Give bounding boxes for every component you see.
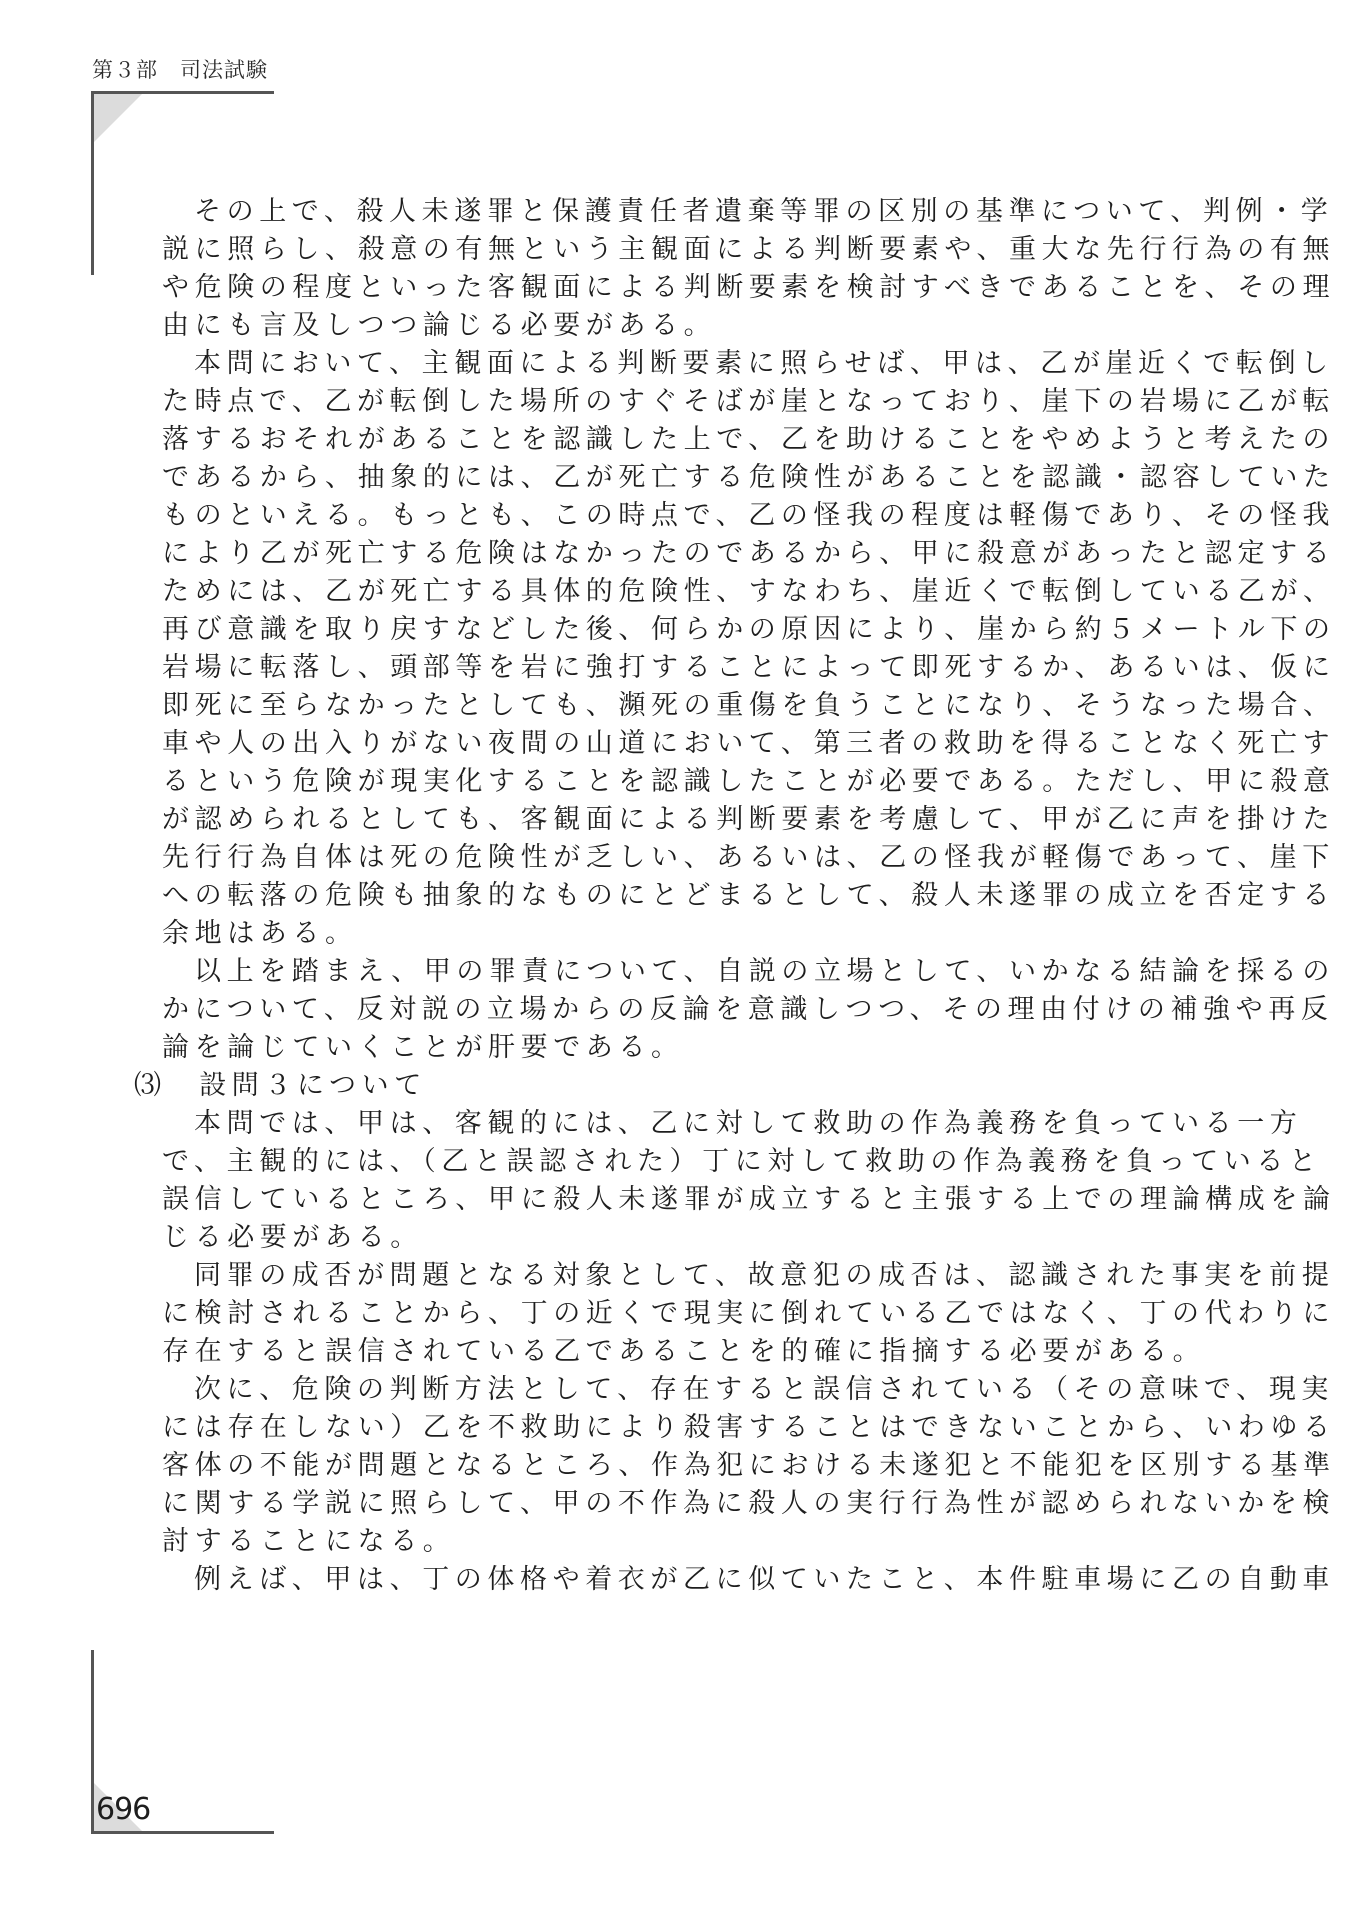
text-line: が認められるとしても、客観面による判断要素を考慮して、甲が乙に声を掛けた xyxy=(162,801,1152,839)
section-heading: ⑶ 設問３について xyxy=(134,1067,1152,1105)
text-line: かについて、反対説の立場からの反論を意識しつつ、その理由付けの補強や再反 xyxy=(162,991,1152,1029)
text-line: 討することになる。 xyxy=(162,1523,1152,1561)
text-line: 車や人の出入りがない夜間の山道において、第三者の救助を得ることなく死亡す xyxy=(162,725,1152,763)
text-line: その上で、殺人未遂罪と保護責任者遺棄等罪の区別の基準について、判例・学 xyxy=(162,193,1152,231)
text-line: ためには、乙が死亡する具体的危険性、すなわち、崖近くで転倒している乙が、 xyxy=(162,573,1152,611)
text-line: 客体の不能が問題となるところ、作為犯における未遂犯と不能犯を区別する基準 xyxy=(162,1447,1152,1485)
text-line: 岩場に転落し、頭部等を岩に強打することによって即死するか、あるいは、仮に xyxy=(162,649,1152,687)
text-line: 同罪の成否が問題となる対象として、故意犯の成否は、認識された事実を前提 xyxy=(162,1257,1152,1295)
text-line: 論を論じていくことが肝要である。 xyxy=(162,1029,1152,1067)
text-line: には存在しない）乙を不救助により殺害することはできないことから、いわゆる xyxy=(162,1409,1152,1447)
text-line: 存在すると誤信されている乙であることを的確に指摘する必要がある。 xyxy=(162,1333,1152,1371)
text-line: 余地はある。 xyxy=(162,915,1152,953)
text-line: に検討されることから、丁の近くで現実に倒れている乙ではなく、丁の代わりに xyxy=(162,1295,1152,1333)
text-line: であるから、抽象的には、乙が死亡する危険性があることを認識・認容していた xyxy=(162,459,1152,497)
text-line: 先行行為自体は死の危険性が乏しい、あるいは、乙の怪我が軽傷であって、崖下 xyxy=(162,839,1152,877)
corner-rule-bottom-vertical xyxy=(91,1650,94,1834)
text-line: 例えば、甲は、丁の体格や着衣が乙に似ていたこと、本件駐車場に乙の自動車 xyxy=(162,1561,1152,1599)
text-line: により乙が死亡する危険はなかったのであるから、甲に殺意があったと認定する xyxy=(162,535,1152,573)
text-line: や危険の程度といった客観面による判断要素を検討すべきであることを、その理 xyxy=(162,269,1152,307)
corner-triangle-top xyxy=(94,94,142,142)
text-line: 以上を踏まえ、甲の罪責について、自説の立場として、いかなる結論を採るの xyxy=(162,953,1152,991)
corner-rule-top-vertical xyxy=(91,91,94,275)
body-text: その上で、殺人未遂罪と保護責任者遺棄等罪の区別の基準について、判例・学説に照らし… xyxy=(162,193,1152,1599)
text-line: に関する学説に照らして、甲の不作為に殺人の実行行為性が認められないかを検 xyxy=(162,1485,1152,1523)
page-number: 696 xyxy=(96,1792,150,1827)
text-line: 再び意識を取り戻すなどした後、何らかの原因により、崖から約５メートル下の xyxy=(162,611,1152,649)
text-line: 次に、危険の判断方法として、存在すると誤信されている（その意味で、現実 xyxy=(162,1371,1152,1409)
text-line: 説に照らし、殺意の有無という主観面による判断要素や、重大な先行行為の有無 xyxy=(162,231,1152,269)
text-line: 由にも言及しつつ論じる必要がある。 xyxy=(162,307,1152,345)
text-line: 誤信しているところ、甲に殺人未遂罪が成立すると主張する上での理論構成を論 xyxy=(162,1181,1152,1219)
text-line: 本問において、主観面による判断要素に照らせば、甲は、乙が崖近くで転倒し xyxy=(162,345,1152,383)
running-header: 第３部 司法試験 xyxy=(92,54,268,84)
corner-rule-bottom-horizontal xyxy=(91,1831,274,1834)
text-line: への転落の危険も抽象的なものにとどまるとして、殺人未遂罪の成立を否定する xyxy=(162,877,1152,915)
text-line: 落するおそれがあることを認識した上で、乙を助けることをやめようと考えたの xyxy=(162,421,1152,459)
corner-rule-top-horizontal xyxy=(91,91,274,94)
text-line: で、主観的には、（乙と誤認された）丁に対して救助の作為義務を負っていると xyxy=(162,1143,1152,1181)
text-line: た時点で、乙が転倒した場所のすぐそばが崖となっており、崖下の岩場に乙が転 xyxy=(162,383,1152,421)
text-line: 本問では、甲は、客観的には、乙に対して救助の作為義務を負っている一方 xyxy=(162,1105,1152,1143)
text-line: るという危険が現実化することを認識したことが必要である。ただし、甲に殺意 xyxy=(162,763,1152,801)
text-line: ものといえる。もっとも、この時点で、乙の怪我の程度は軽傷であり、その怪我 xyxy=(162,497,1152,535)
text-line: 即死に至らなかったとしても、瀕死の重傷を負うことになり、そうなった場合、 xyxy=(162,687,1152,725)
text-line: じる必要がある。 xyxy=(162,1219,1152,1257)
